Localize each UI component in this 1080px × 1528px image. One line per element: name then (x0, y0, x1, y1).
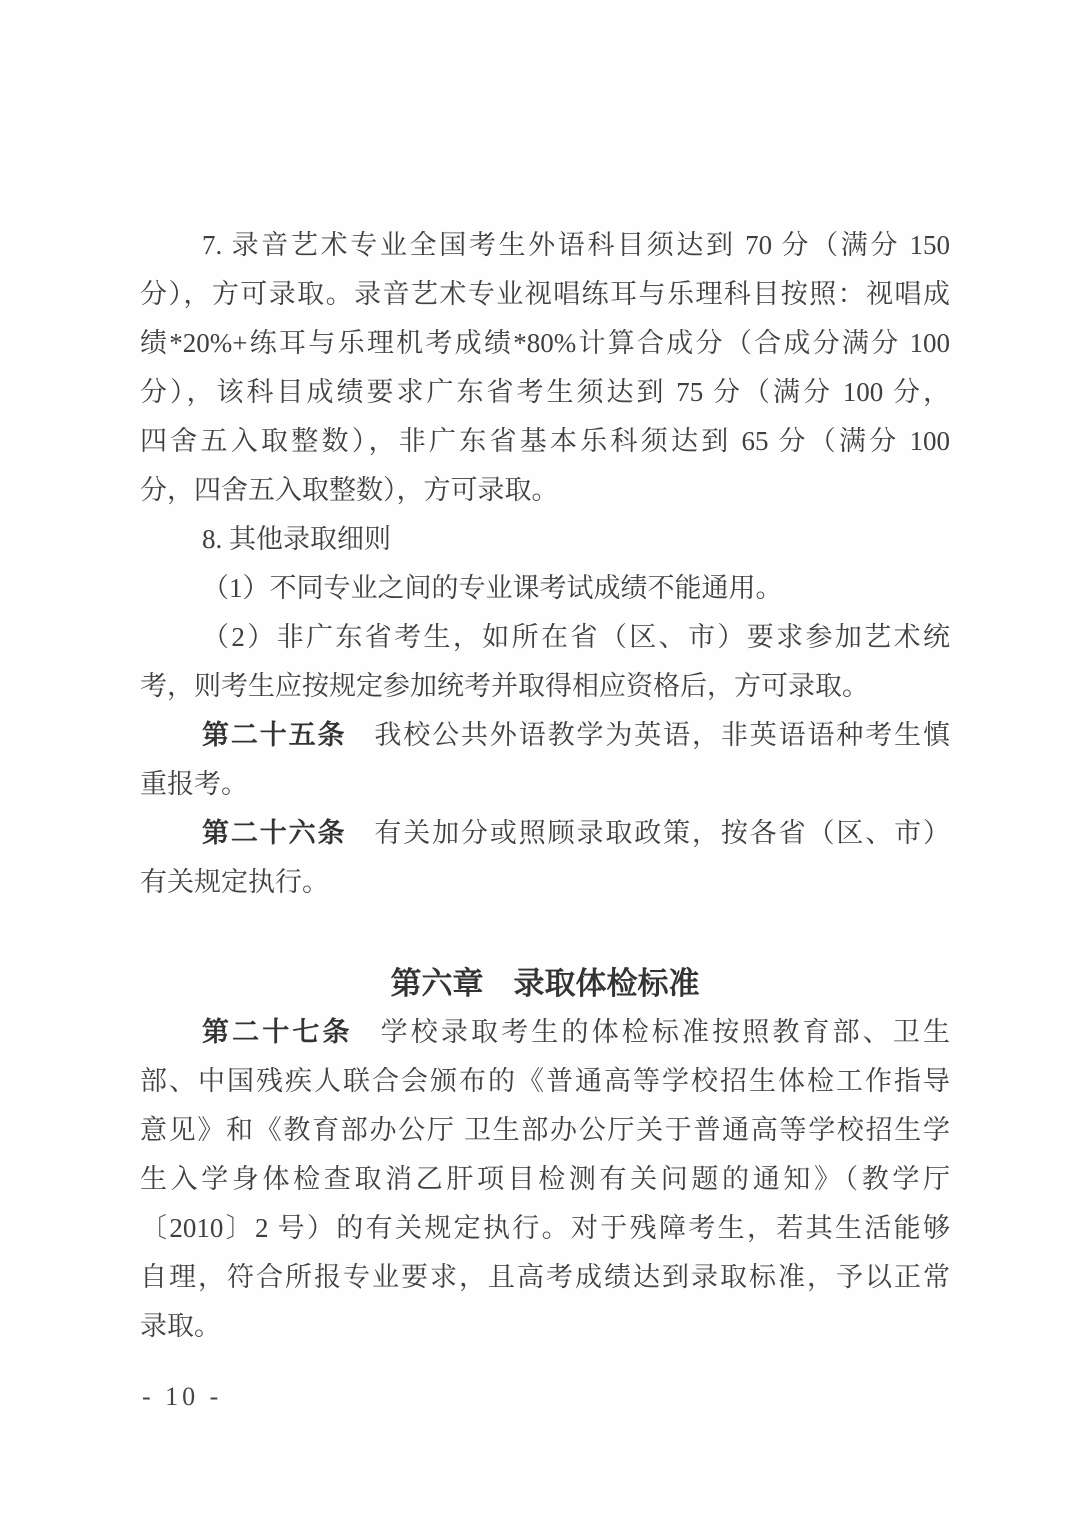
paragraph: （1）不同专业之间的专业课考试成绩不能通用。 (140, 564, 950, 613)
article-number: 第二十七条 (202, 1017, 353, 1047)
text-line: 部、中国残疾人联合会颁布的《普通高等学校招生体检工作指导 (140, 1057, 950, 1106)
paragraph: 第二十五条我校公共外语教学为英语，非英语语种考生慎重报考。 (140, 711, 950, 809)
paragraph: （2）非广东省考生，如所在省（区、市）要求参加艺术统考，则考生应按规定参加统考并… (140, 613, 950, 711)
text-line: 自理，符合所报专业要求，且高考成绩达到录取标准，予以正常 (140, 1253, 950, 1302)
article-number: 第二十五条 (202, 720, 346, 750)
text-line: 7. 录音艺术专业全国考生外语科目须达到 70 分（满分 150 (140, 221, 950, 270)
document-body: 7. 录音艺术专业全国考生外语科目须达到 70 分（满分 150分），方可录取。… (140, 221, 950, 1351)
text-line: 绩*20%+练耳与乐理机考成绩*80%计算合成分（合成分满分 100 (140, 319, 950, 368)
text-line: 考，则考生应按规定参加统考并取得相应资格后，方可录取。 (140, 662, 950, 711)
page-number: - 10 - (142, 1382, 222, 1412)
paragraph: 第二十七条学校录取考生的体检标准按照教育部、卫生部、中国残疾人联合会颁布的《普通… (140, 1008, 950, 1351)
text-line: 分），该科目成绩要求广东省考生须达到 75 分（满分 100 分， (140, 368, 950, 417)
text-line: （1）不同专业之间的专业课考试成绩不能通用。 (140, 564, 950, 613)
paragraph: 8. 其他录取细则 (140, 515, 950, 564)
text-line: 8. 其他录取细则 (140, 515, 950, 564)
text-line: 录取。 (140, 1302, 950, 1351)
text-line: 意见》和《教育部办公厅 卫生部办公厅关于普通高等学校招生学 (140, 1106, 950, 1155)
chapter-title: 录取体检标准 (514, 966, 700, 1001)
text-line: 四舍五入取整数），非广东省基本乐科须达到 65 分（满分 100 (140, 417, 950, 466)
text-line: 生入学身体检查取消乙肝项目检测有关问题的通知》（教学厅 (140, 1155, 950, 1204)
text-line: 第二十七条学校录取考生的体检标准按照教育部、卫生 (140, 1008, 950, 1057)
document-page: 7. 录音艺术专业全国考生外语科目须达到 70 分（满分 150分），方可录取。… (0, 0, 1080, 1528)
text-line: 第二十六条有关加分或照顾录取政策，按各省（区、市） (140, 809, 950, 858)
text-line: 重报考。 (140, 760, 950, 809)
text-line: 〔2010〕2 号）的有关规定执行。对于残障考生，若其生活能够 (140, 1204, 950, 1253)
paragraph: 7. 录音艺术专业全国考生外语科目须达到 70 分（满分 150分），方可录取。… (140, 221, 950, 515)
text-line: （2）非广东省考生，如所在省（区、市）要求参加艺术统 (140, 613, 950, 662)
text-line: 分），方可录取。录音艺术专业视唱练耳与乐理科目按照：视唱成 (140, 270, 950, 319)
text-line: 第二十五条我校公共外语教学为英语，非英语语种考生慎 (140, 711, 950, 760)
text-line: 分，四舍五入取整数），方可录取。 (140, 466, 950, 515)
text-line: 有关规定执行。 (140, 858, 950, 907)
article-number: 第二十六条 (202, 818, 346, 848)
chapter-number: 第六章 (391, 966, 484, 1001)
chapter-heading: 第六章录取体检标准 (140, 959, 950, 1008)
paragraph: 第二十六条有关加分或照顾录取政策，按各省（区、市）有关规定执行。 (140, 809, 950, 907)
